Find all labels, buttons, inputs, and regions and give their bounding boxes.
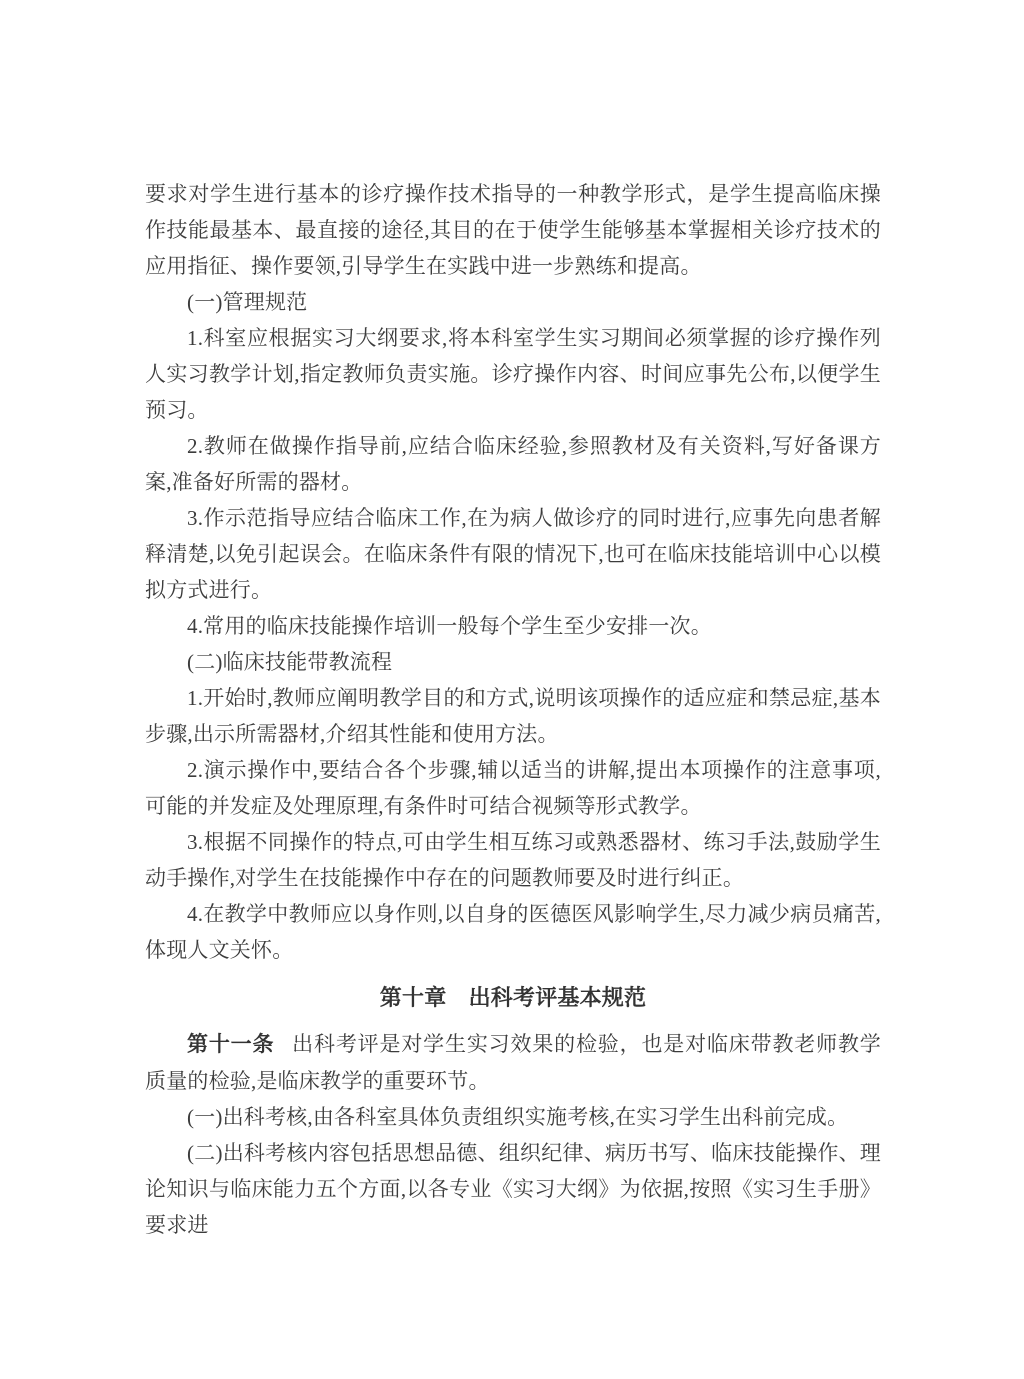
section1-item-3: 3.作示范指导应结合临床工作,在为病人做诊疗的同时进行,应事先向患者解释清楚,以… [145,500,881,608]
section2-label: (二)临床技能带教流程 [145,644,881,680]
article-11-lead: 第十一条 [187,1033,274,1056]
chapter-heading: 第十章 出科考评基本规范 [145,983,881,1013]
section1-item-2: 2.教师在做操作指导前,应结合临床经验,参照教材及有关资料,写好备课方案,准备好… [145,428,881,500]
section2-item-1: 1.开始时,教师应阐明教学目的和方式,说明该项操作的适应症和禁忌症,基本步骤,出… [145,680,881,752]
chapter10-item-1: (一)出科考核,由各科室具体负责组织实施考核,在实习学生出科前完成。 [145,1099,881,1135]
section2-item-2: 2.演示操作中,要结合各个步骤,辅以适当的讲解,提出本项操作的注意事项,可能的并… [145,752,881,824]
section1-item-1: 1.科室应根据实习大纲要求,将本科室学生实习期间必须掌握的诊疗操作列人实习教学计… [145,320,881,428]
section1-item-4: 4.常用的临床技能操作培训一般每个学生至少安排一次。 [145,608,881,644]
text-block: 要求对学生进行基本的诊疗操作技术指导的一种教学形式，是学生提高临床操作技能最基本… [145,176,881,1243]
document-page: 要求对学生进行基本的诊疗操作技术指导的一种教学形式，是学生提高临床操作技能最基本… [0,0,1024,1379]
article-11-paragraph: 第十一条出科考评是对学生实习效果的检验，也是对临床带教老师教学质量的检验,是临床… [145,1026,881,1099]
intro-continuation-paragraph: 要求对学生进行基本的诊疗操作技术指导的一种教学形式，是学生提高临床操作技能最基本… [145,176,881,284]
section2-item-3: 3.根据不同操作的特点,可由学生相互练习或熟悉器材、练习手法,鼓励学生动手操作,… [145,824,881,896]
section1-label: (一)管理规范 [145,284,881,320]
section2-item-4: 4.在教学中教师应以身作则,以自身的医德医风影响学生,尽力减少病员痛苦,体现人文… [145,896,881,968]
chapter10-item-2: (二)出科考核内容包括思想品德、组织纪律、病历书写、临床技能操作、理论知识与临床… [145,1135,881,1243]
